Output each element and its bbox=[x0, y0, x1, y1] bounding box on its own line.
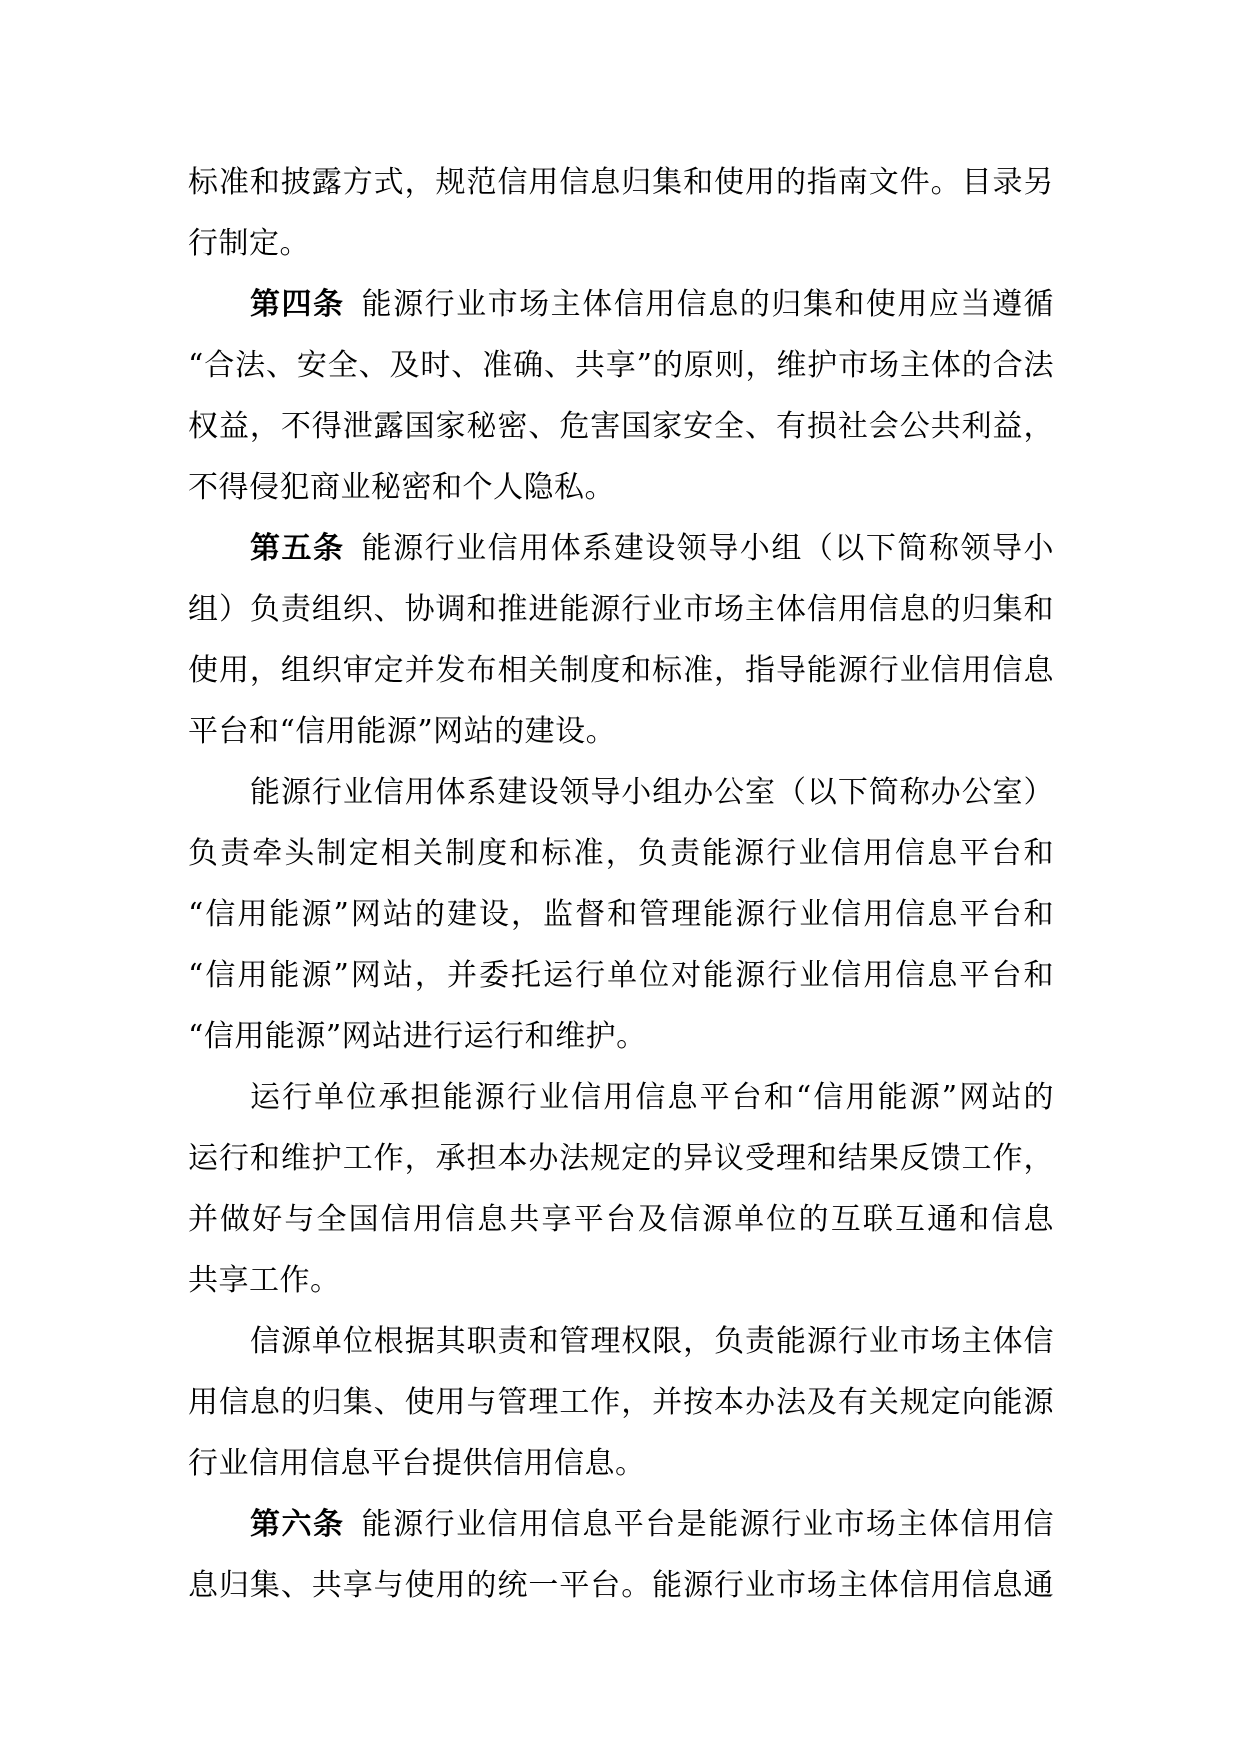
text-line: 行制定。 bbox=[188, 213, 1054, 274]
line-text: 运行单位承担能源行业信用信息平台和“信用能源”网站的 bbox=[250, 1080, 1054, 1115]
text-line: 用信息的归集、使用与管理工作，并按本办法及有关规定向能源 bbox=[188, 1372, 1054, 1433]
line-text: 能源行业市场主体信用信息的归集和使用应当遵循 bbox=[362, 287, 1054, 322]
text-line: “信用能源”网站的建设，监督和管理能源行业信用信息平台和 bbox=[188, 884, 1054, 945]
text-line: 并做好与全国信用信息共享平台及信源单位的互联互通和信息 bbox=[188, 1189, 1054, 1250]
text-line: 运行单位承担能源行业信用信息平台和“信用能源”网站的 bbox=[188, 1067, 1054, 1128]
text-line: 息归集、共享与使用的统一平台。能源行业市场主体信用信息通 bbox=[188, 1555, 1054, 1616]
line-text: 信源单位根据其职责和管理权限，负责能源行业市场主体信 bbox=[250, 1324, 1054, 1359]
line-text: 息归集、共享与使用的统一平台。能源行业市场主体信用信息通 bbox=[188, 1568, 1054, 1603]
line-text: “信用能源”网站，并委托运行单位对能源行业信用信息平台和 bbox=[188, 958, 1054, 993]
text-line: 第五条能源行业信用体系建设领导小组（以下简称领导小 bbox=[188, 518, 1054, 579]
line-text: 并做好与全国信用信息共享平台及信源单位的互联互通和信息 bbox=[188, 1202, 1054, 1237]
text-line: 负责牵头制定相关制度和标准，负责能源行业信用信息平台和 bbox=[188, 823, 1054, 884]
text-line: “合法、安全、及时、准确、共享”的原则，维护市场主体的合法 bbox=[188, 335, 1054, 396]
text-line: 权益，不得泄露国家秘密、危害国家安全、有损社会公共利益， bbox=[188, 396, 1054, 457]
line-text: 标准和披露方式，规范信用信息归集和使用的指南文件。目录另 bbox=[188, 165, 1054, 200]
text-line: 标准和披露方式，规范信用信息归集和使用的指南文件。目录另 bbox=[188, 152, 1054, 213]
line-text: 行业信用信息平台提供信用信息。 bbox=[188, 1446, 646, 1481]
text-line: 第六条能源行业信用信息平台是能源行业市场主体信用信 bbox=[188, 1494, 1054, 1555]
line-text: 负责牵头制定相关制度和标准，负责能源行业信用信息平台和 bbox=[188, 836, 1054, 871]
text-line: 平台和“信用能源”网站的建设。 bbox=[188, 701, 1054, 762]
line-text: 能源行业信用体系建设领导小组办公室（以下简称办公室） bbox=[250, 775, 1054, 810]
line-text: 用信息的归集、使用与管理工作，并按本办法及有关规定向能源 bbox=[188, 1385, 1054, 1420]
line-text: 运行和维护工作，承担本办法规定的异议受理和结果反馈工作， bbox=[188, 1141, 1054, 1176]
line-text: 共享工作。 bbox=[188, 1263, 341, 1298]
line-text: 组）负责组织、协调和推进能源行业市场主体信用信息的归集和 bbox=[188, 592, 1054, 627]
line-text: 能源行业信用体系建设领导小组（以下简称领导小 bbox=[362, 531, 1054, 566]
text-line: 组）负责组织、协调和推进能源行业市场主体信用信息的归集和 bbox=[188, 579, 1054, 640]
line-text: “信用能源”网站进行运行和维护。 bbox=[188, 1019, 647, 1054]
line-text: 行制定。 bbox=[188, 226, 310, 261]
article-number: 第五条 bbox=[250, 531, 345, 566]
article-number: 第四条 bbox=[250, 287, 345, 322]
line-text: 使用，组织审定并发布相关制度和标准，指导能源行业信用信息 bbox=[188, 653, 1054, 688]
text-line: 共享工作。 bbox=[188, 1250, 1054, 1311]
line-text: 权益，不得泄露国家秘密、危害国家安全、有损社会公共利益， bbox=[188, 409, 1054, 444]
text-line: 运行和维护工作，承担本办法规定的异议受理和结果反馈工作， bbox=[188, 1128, 1054, 1189]
text-line: 使用，组织审定并发布相关制度和标准，指导能源行业信用信息 bbox=[188, 640, 1054, 701]
article-number: 第六条 bbox=[250, 1507, 345, 1542]
text-line: 行业信用信息平台提供信用信息。 bbox=[188, 1433, 1054, 1494]
text-line: “信用能源”网站，并委托运行单位对能源行业信用信息平台和 bbox=[188, 945, 1054, 1006]
text-line: 第四条能源行业市场主体信用信息的归集和使用应当遵循 bbox=[188, 274, 1054, 335]
text-line: 能源行业信用体系建设领导小组办公室（以下简称办公室） bbox=[188, 762, 1054, 823]
line-text: “信用能源”网站的建设，监督和管理能源行业信用信息平台和 bbox=[188, 897, 1054, 932]
line-text: 不得侵犯商业秘密和个人隐私。 bbox=[188, 470, 615, 505]
line-text: “合法、安全、及时、准确、共享”的原则，维护市场主体的合法 bbox=[188, 348, 1054, 383]
document-body: 标准和披露方式，规范信用信息归集和使用的指南文件。目录另行制定。第四条能源行业市… bbox=[188, 152, 1054, 1616]
text-line: 不得侵犯商业秘密和个人隐私。 bbox=[188, 457, 1054, 518]
text-line: “信用能源”网站进行运行和维护。 bbox=[188, 1006, 1054, 1067]
document-page: 标准和披露方式，规范信用信息归集和使用的指南文件。目录另行制定。第四条能源行业市… bbox=[0, 0, 1241, 1754]
line-text: 平台和“信用能源”网站的建设。 bbox=[188, 714, 616, 749]
line-text: 能源行业信用信息平台是能源行业市场主体信用信 bbox=[362, 1507, 1054, 1542]
text-line: 信源单位根据其职责和管理权限，负责能源行业市场主体信 bbox=[188, 1311, 1054, 1372]
